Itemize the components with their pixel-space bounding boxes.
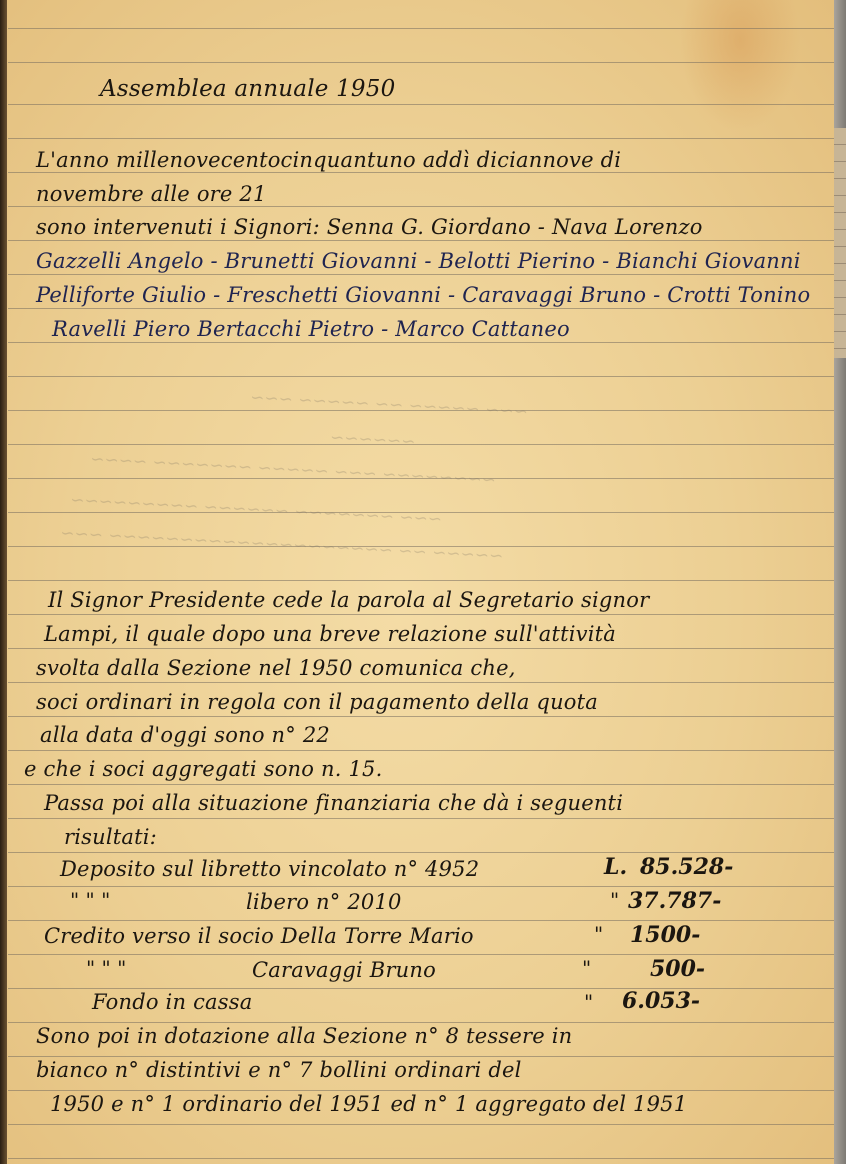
opening-line: sono intervenuti i Signori: Senna G. Gio… [36,215,703,239]
currency-symbol: L. [604,854,627,880]
attendees-line: Pelliforte Giulio - Freschetti Giovanni … [36,283,810,307]
body-line: Lampi, il quale dopo una breve relazione… [44,622,616,646]
attendees-line: Gazzelli Angelo - Brunetti Giovanni - Be… [36,249,801,273]
adjacent-page-edge [834,0,846,1164]
ditto-mark: " " " [70,888,110,912]
closing-line: Sono poi in dotazione alla Sezione n° 8 … [36,1024,572,1048]
ditto-mark: " " " [86,956,126,980]
statement-row-amount: 6.053- [622,988,700,1014]
statement-row-amount: 500- [650,956,705,982]
body-line: Passa poi alla situazione finanziaria ch… [44,791,623,815]
statement-row-amount: 1500- [630,922,700,948]
body-line: svolta dalla Sezione nel 1950 comunica c… [36,656,516,680]
body-line: risultati: [64,825,157,849]
statement-row-label: Caravaggi Bruno [252,958,436,982]
statement-row-label: Deposito sul libretto vincolato n° 4952 [60,857,479,881]
body-line: soci ordinari in regola con il pagamento… [36,690,598,714]
statement-row-label: Fondo in cassa [92,990,252,1014]
opening-line: novembre alle ore 21 [36,182,267,206]
ditto-mark: " [594,922,603,946]
ledger-page: ~~~ ~~~~~ ~~ ~~~~~ ~~~ ~~~~~~ ~~~~~~~~ ~… [0,0,834,1164]
statement-row-amount: 37.787- [628,888,721,914]
page-heading: Assemblea annuale 1950 [100,76,395,102]
body-line: e che i soci aggregati sono n. 15. [24,757,382,781]
ditto-mark: " [584,990,593,1014]
ditto-mark: " [610,888,619,912]
opening-line: L'anno millenovecentocinquantuno addì di… [36,148,621,172]
statement-row-label: libero n° 2010 [246,890,402,914]
ditto-mark: " [582,956,591,980]
attendees-line: Ravelli Piero Bertacchi Pietro - Marco C… [52,317,570,341]
body-line: Il Signor Presidente cede la parola al S… [48,588,649,612]
closing-line: bianco n° distintivi e n° 7 bollini ordi… [36,1058,522,1082]
closing-line: 1950 e n° 1 ordinario del 1951 ed n° 1 a… [50,1092,687,1116]
statement-row-amount: 85.528- [640,854,733,880]
body-line: alla data d'oggi sono n° 22 [40,723,330,747]
statement-row-label: Credito verso il socio Della Torre Mario [44,924,474,948]
